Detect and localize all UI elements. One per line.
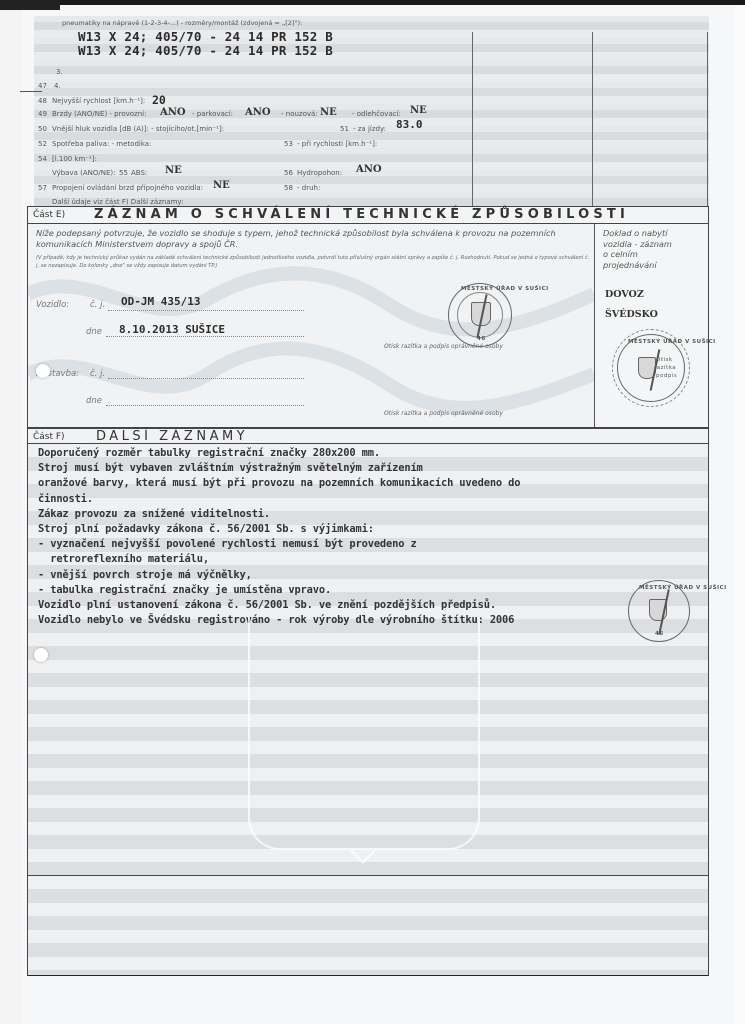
body-signature-label: Otisk razítka a podpis oprávněné osoby [384, 410, 503, 417]
field-51-number: 51 [340, 125, 349, 133]
retarder-label: - odlehčovací: [352, 110, 401, 118]
trailer-brake-coupling-value: NE [213, 180, 230, 191]
stamp-overlay-text: razítka [654, 365, 676, 371]
field-58-number: 58 [284, 184, 293, 192]
more-info-label: Další údaje viz část F) Další záznamy: [52, 198, 183, 206]
field-50-number: 50 [38, 125, 47, 133]
tyre-axle-2-value: W13 X 24; 405/70 - 24 14 PR 152 B [78, 43, 333, 58]
field-57-number: 57 [38, 184, 47, 192]
record-line: - vnější povrch stroje má výčnělky, [38, 568, 520, 583]
field-58-label: - druh: [297, 184, 320, 192]
stamp-text: MĚSTSKÝ ÚŘAD V SUŠICI [461, 286, 549, 292]
body-ref-label: č. j. [90, 369, 105, 379]
customs-label-line: vozidla - záznam [603, 239, 672, 250]
record-line: retroreflexního materiálu, [38, 552, 520, 567]
field-50-label: Vnější hluk vozidla [dB (A)]: - stojícíh… [52, 125, 224, 133]
tyre-axle-4-index: 4. [54, 82, 61, 90]
customs-label-line: Doklad o nabytí [603, 228, 672, 239]
field-56-number: 56 [284, 169, 293, 177]
abs-label: ABS: [131, 169, 147, 177]
blank-records-area [27, 876, 709, 976]
municipal-stamp: MĚSTSKÝ ÚŘAD V SUŠICI 46 [628, 580, 690, 642]
body-ref-dotted-line [108, 378, 304, 379]
customs-label-line: projednávání [603, 260, 672, 271]
record-line: Stroj plní požadavky zákona č. 56/2001 S… [38, 522, 520, 537]
abs-value: NE [165, 165, 182, 176]
drive-by-noise-value: 83.0 [396, 118, 423, 131]
field-52-label: Spotřeba paliva: - metodika: [52, 140, 151, 148]
stamp-text: MĚSTSKÝ ÚŘAD V SUŠICI [628, 339, 716, 345]
record-line: Zákaz provozu za snížené viditelnosti. [38, 507, 520, 522]
section-e-approval-record: Část E) ZÁZNAM O SCHVÁLENÍ TECHNICKÉ ZPŮ… [27, 206, 709, 428]
parking-brake-value: ANO [245, 107, 271, 118]
municipal-stamp: MĚSTSKÝ ÚŘAD V SUŠICI 46 [448, 283, 512, 347]
row-tick [20, 91, 42, 92]
record-line: - vyznačení nejvyšší povolené rychlosti … [38, 537, 520, 552]
vehicle-date-value: 8.10.2013 SUŠICE [119, 323, 225, 336]
hydraulic-drive-value: ANO [356, 164, 382, 175]
tyre-axle-3-index: 3. [56, 68, 63, 76]
stamp-number: 46 [477, 336, 486, 342]
stamp-text: MĚSTSKÝ ÚŘAD V SUŠICI [639, 585, 727, 591]
scan-top-shadow [0, 0, 745, 5]
vehicle-label: Vozidlo: [36, 300, 69, 310]
record-line: oranžové barvy, která musí být při provo… [38, 476, 520, 491]
field-54-number: 54 [38, 155, 47, 163]
tyres-label: pneumatiky na nápravě (1-2-3-4-...) - ro… [62, 19, 302, 27]
punch-hole [36, 364, 50, 378]
emergency-brake-value: NE [320, 107, 337, 118]
record-line: Doporučený rozměr tabulky registrační zn… [38, 446, 520, 461]
customs-record-label: Doklad o nabytí vozidla - záznam o celní… [603, 228, 672, 270]
vehicle-fields-section: pneumatiky na nápravě (1-2-3-4-...) - ro… [34, 16, 709, 206]
field-48-label: Nejvyšší rychlost [km.h⁻¹]: [52, 97, 145, 105]
field-57-label: Propojení ovládání brzd přípojného vozid… [52, 184, 203, 192]
customs-record-panel: Doklad o nabytí vozidla - záznam o celní… [594, 224, 708, 427]
section-f-title: DALŠÍ ZÁZNAMY [96, 429, 248, 444]
tyre-axle-1-value: W13 X 24; 405/70 - 24 14 PR 152 B [78, 29, 333, 44]
hydraulic-drive-label: Hydropohon: [297, 169, 342, 177]
section-e-body: Níže podepsaný potvrzuje, že vozidlo se … [28, 224, 594, 427]
retarder-value: NE [410, 105, 427, 116]
approval-note: (V případě, kdy je technický průkaz vydá… [36, 254, 591, 270]
scan-right-margin [735, 0, 745, 1024]
customs-stamp: MĚSTSKÝ ÚŘAD V SUŠICI Otisk razítka podp… [617, 334, 685, 402]
section-e-label: Část E) [33, 210, 65, 220]
vehicle-date-label: dne [86, 327, 102, 337]
vehicle-date-dotted-line [106, 336, 304, 337]
record-line: činnosti. [38, 492, 520, 507]
field-55-number: 55 [119, 169, 128, 177]
field-47-number: 47 [38, 82, 47, 90]
record-line: Vozidlo plní ustanovení zákona č. 56/200… [38, 598, 520, 613]
field-54-label: [l.100 km⁻¹]: [52, 155, 97, 163]
field-49-number: 49 [38, 110, 47, 118]
service-brake-value: ANO [160, 107, 186, 118]
section-f-label: Část F) [33, 432, 65, 442]
customs-import-value: DOVOZ [605, 289, 644, 300]
column-divider [592, 32, 593, 206]
field-48-number: 48 [38, 97, 47, 105]
equipment-label: Výbava (ANO/NE): [52, 169, 116, 177]
section-e-header: Část E) ZÁZNAM O SCHVÁLENÍ TECHNICKÉ ZPŮ… [28, 207, 708, 224]
record-line: - tabulka registrační značky je umístěna… [38, 583, 520, 598]
field-53-label: - při rychlosti [km.h⁻¹]: [297, 140, 377, 148]
body-date-label: dne [86, 396, 102, 406]
state-emblem-watermark [248, 618, 480, 850]
vehicle-ref-dotted-line [108, 310, 304, 311]
field-51-label: - za jízdy: [353, 125, 386, 133]
field-52-number: 52 [38, 140, 47, 148]
vehicle-ref-value: OD-JM 435/13 [121, 295, 200, 308]
customs-country-value: ŠVÉDSKO [605, 309, 658, 320]
stamp-overlay-text: podpis [656, 373, 677, 379]
column-divider [472, 32, 473, 206]
vehicle-ref-label: č. j. [90, 300, 105, 310]
field-53-number: 53 [284, 140, 293, 148]
parking-brake-label: - parkovací: [192, 110, 233, 118]
max-speed-value: 20 [152, 93, 166, 107]
customs-label-line: o celním [603, 249, 672, 260]
body-date-dotted-line [106, 405, 304, 406]
stamp-number: 46 [655, 631, 664, 637]
additional-records-text: Doporučený rozměr tabulky registrační zn… [38, 446, 520, 628]
approval-statement: Níže podepsaný potvrzuje, že vozidlo se … [36, 228, 591, 250]
column-divider [707, 32, 708, 206]
emergency-brake-label: - nouzová: [281, 110, 318, 118]
section-f-header: Část F) DALŠÍ ZÁZNAMY [28, 428, 708, 444]
field-49-label: Brzdy (ANO/NE) - provozní: [52, 110, 146, 118]
scan-corner-shadow [0, 0, 60, 10]
punch-hole [34, 648, 48, 662]
record-line: Stroj musí být vybaven zvláštním výstraž… [38, 461, 520, 476]
scan-left-margin [0, 0, 22, 1024]
